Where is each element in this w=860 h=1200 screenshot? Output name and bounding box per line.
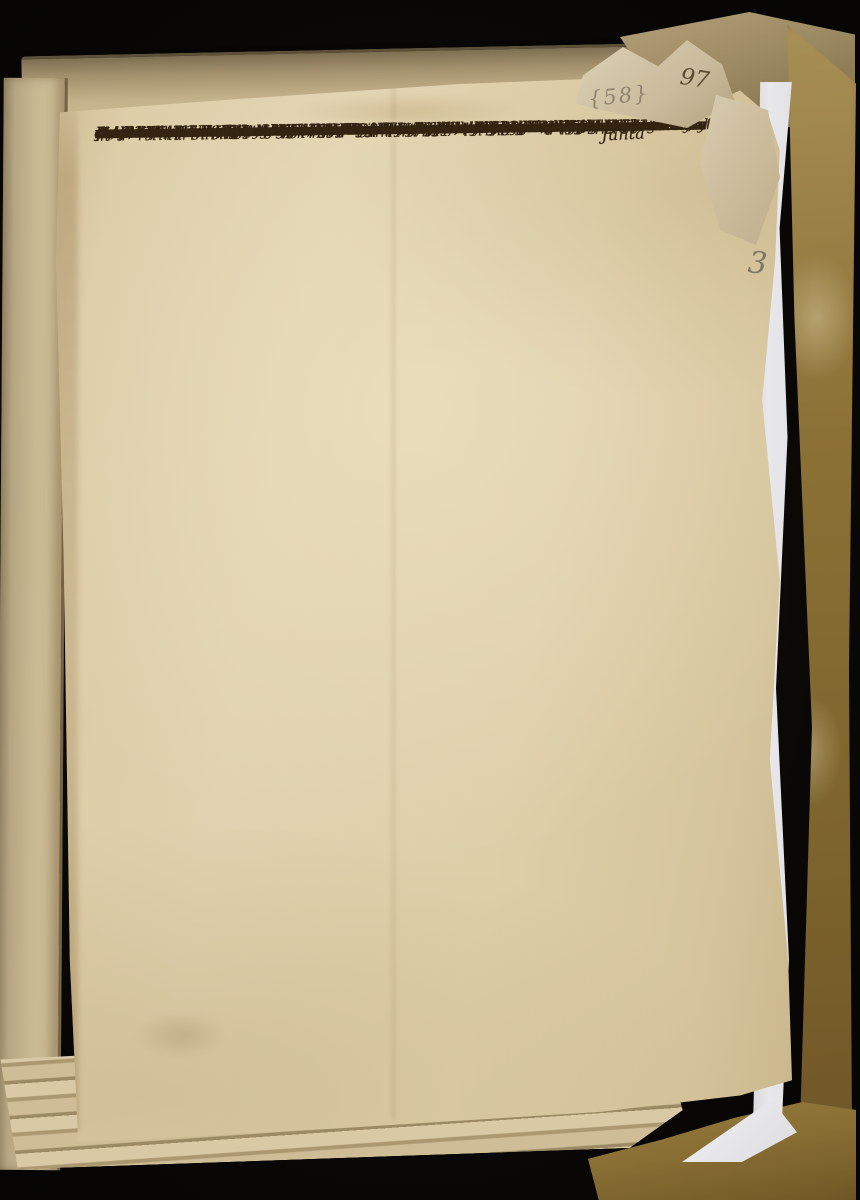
vertical-crease <box>392 80 395 1120</box>
manuscript-page: Auto de Legos, dejando las Causas pias a… <box>40 60 805 1150</box>
edge-folio-number: 3 <box>747 245 769 282</box>
manuscript-line: le hecho causa chica ni grande, dilo tod… <box>96 114 618 146</box>
ink-folio-number: 97 <box>678 64 711 94</box>
lower-stain <box>136 1012 226 1058</box>
manuscript-scan-photo: Auto de Legos, dejando las Causas pias a… <box>0 0 860 1200</box>
signature: Junta <box>601 120 646 147</box>
